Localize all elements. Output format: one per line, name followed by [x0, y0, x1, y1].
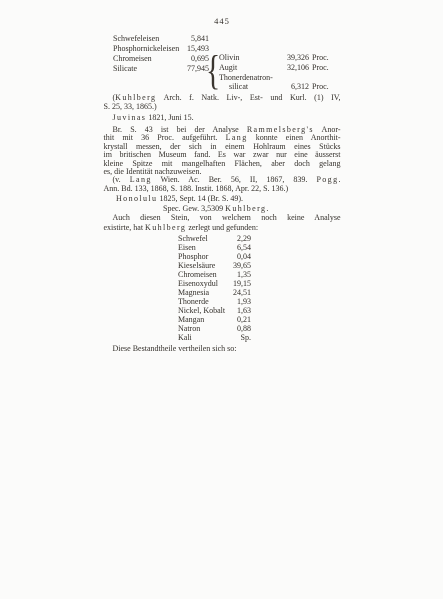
- component-name: Phosphornickeleisen: [113, 44, 179, 54]
- chemical-analysis-table: Schwefel 2,29 Eisen 6,54 Phosphor 0,04 K…: [178, 234, 251, 342]
- citation-line: Ann. Bd. 133, 1868, S. 188. Instit. 1868…: [104, 185, 341, 194]
- paragraph-line: existirte, hat Kuhlberg zerlegt und gefu…: [104, 223, 341, 232]
- specific-gravity-line: Spec. Gew. 3,5309 Kuhlberg.: [163, 204, 268, 213]
- component-name: Chromeisen: [113, 54, 152, 64]
- component-name: Schwefeleisen: [113, 34, 159, 44]
- mineral-name: silicat: [219, 83, 281, 92]
- element-name: Eisenoxydul: [178, 279, 218, 288]
- element-name: Schwefel: [178, 234, 208, 243]
- mineral-percentage-table: Olivin 39,326 Proc. Augit 32,106 Proc. T…: [219, 53, 335, 91]
- unit-label: Proc.: [312, 83, 329, 92]
- citation-line: (Kuhlberg Arch. f. Natk. Liv-, Est- und …: [104, 93, 341, 102]
- citation: (v. Lang Wien. Ac. Ber. 56, II, 1867, 83…: [104, 176, 341, 194]
- element-name: Phosphor: [178, 252, 208, 261]
- table-row: silicat 6,312 Proc.: [219, 83, 335, 92]
- table-row: Augit 32,106 Proc.: [219, 63, 335, 73]
- table-row: Mangan 0,21: [178, 315, 251, 324]
- element-value: 1,63: [237, 306, 251, 315]
- table-row: Eisen 6,54: [178, 243, 251, 252]
- mineral-value: 39,326: [281, 53, 309, 63]
- element-name: Kieselsäure: [178, 261, 215, 270]
- table-row: Eisenoxydul 19,15: [178, 279, 251, 288]
- table-row: Silicate 77,945: [113, 64, 209, 74]
- table-row: Natron 0,88: [178, 324, 251, 333]
- element-value: 1,93: [237, 297, 251, 306]
- table-row: Olivin 39,326 Proc.: [219, 53, 335, 63]
- element-value: 39,65: [233, 261, 251, 270]
- element-name: Thonerde: [178, 297, 209, 306]
- table-row: Thonerde 1,93: [178, 297, 251, 306]
- book-page: 445 Schwefeleisen 5,841 Phosphornickelei…: [0, 0, 443, 599]
- paragraph: Br. S. 43 ist bei der Analyse Rammelsber…: [104, 126, 341, 177]
- citation-line: S. 25, 33, 1865.): [104, 102, 341, 111]
- element-name: Kali: [178, 333, 192, 342]
- table-row: Phosphornickeleisen 15,493: [113, 44, 209, 54]
- element-value: 19,15: [233, 279, 251, 288]
- element-name: Natron: [178, 324, 200, 333]
- element-name: Magnesia: [178, 288, 209, 297]
- unit-label: Proc.: [312, 63, 329, 73]
- paragraph: Auch diesen Stein, von welchem noch kein…: [104, 213, 341, 232]
- element-value: 1,35: [237, 270, 251, 279]
- mineral-value: 6,312: [281, 83, 309, 92]
- citation: (Kuhlberg Arch. f. Natk. Liv-, Est- und …: [104, 93, 341, 112]
- element-name: Chromeisen: [178, 270, 217, 279]
- element-name: Nickel, Kobalt: [178, 306, 225, 315]
- table-row: Kali Sp.: [178, 333, 251, 342]
- table-row: Chromeisen 1,35: [178, 270, 251, 279]
- mineral-name: Augit: [219, 63, 281, 73]
- paragraph-line: Auch diesen Stein, von welchem noch kein…: [104, 213, 341, 222]
- element-name: Eisen: [178, 243, 196, 252]
- element-name: Mangan: [178, 315, 204, 324]
- element-value: Sp.: [241, 333, 251, 342]
- element-value: 0,88: [237, 324, 251, 333]
- section-heading-juvinas: Juvinas 1821, Juni 15.: [113, 113, 194, 122]
- element-value: 6,54: [237, 243, 251, 252]
- unit-label: Proc.: [312, 53, 329, 63]
- table-row: Schwefel 2,29: [178, 234, 251, 243]
- table-row: Kieselsäure 39,65: [178, 261, 251, 270]
- page-number: 445: [103, 16, 341, 26]
- table-row: Magnesia 24,51: [178, 288, 251, 297]
- component-value: 5,841: [191, 34, 209, 44]
- table-row: Chromeisen 0,695: [113, 54, 209, 64]
- section-heading-honolulu: Honolulu 1825, Sept. 14 (Br. S. 49).: [116, 194, 243, 203]
- table-row: Nickel, Kobalt 1,63: [178, 306, 251, 315]
- mineral-name: Olivin: [219, 53, 281, 63]
- meteorite-composition-table: Schwefeleisen 5,841 Phosphornickeleisen …: [113, 34, 209, 74]
- element-value: 0,21: [237, 315, 251, 324]
- closing-line: Diese Bestandtheile vertheilen sich so:: [113, 344, 237, 353]
- element-value: 24,51: [233, 288, 251, 297]
- component-name: Silicate: [113, 64, 137, 74]
- table-row: Phosphor 0,04: [178, 252, 251, 261]
- element-value: 2,29: [237, 234, 251, 243]
- mineral-value: 32,106: [281, 63, 309, 73]
- element-value: 0,04: [237, 252, 251, 261]
- table-row: Schwefeleisen 5,841: [113, 34, 209, 44]
